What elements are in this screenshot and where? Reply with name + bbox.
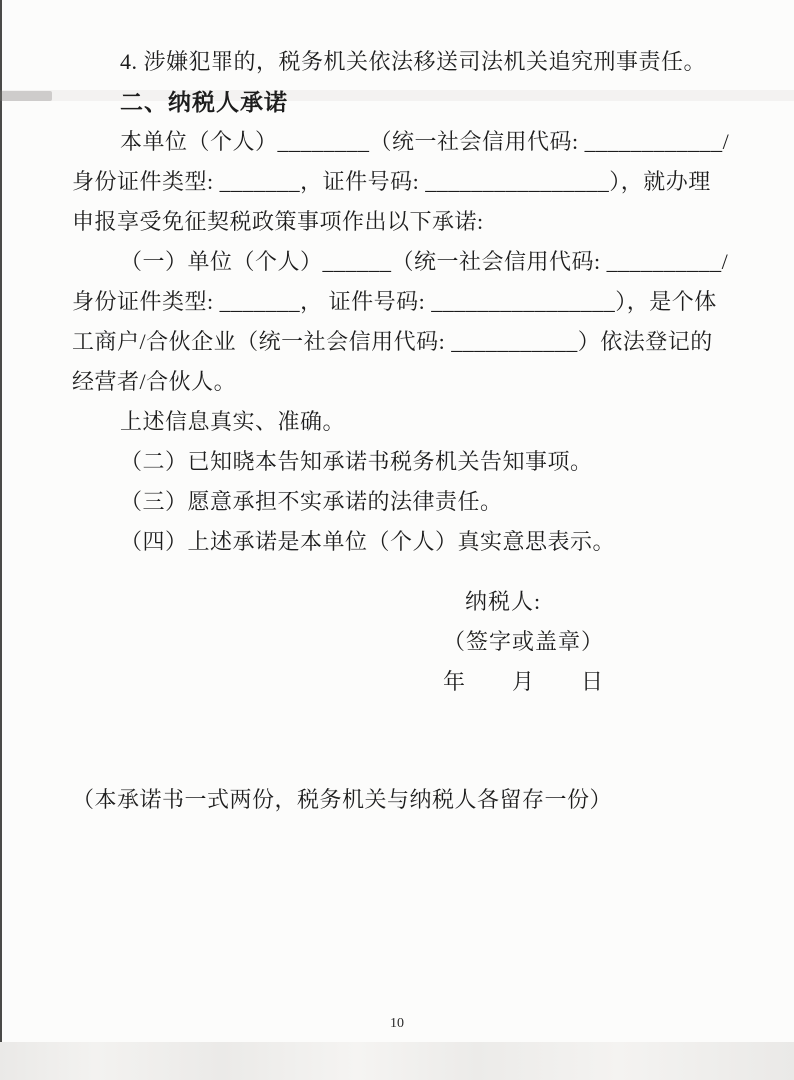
doc-line-item1-unit: （一）单位（个人）______（统一社会信用代码: __________/ <box>72 242 722 282</box>
doc-line-item2: （二）已知晓本告知承诺书税务机关告知事项。 <box>72 442 722 482</box>
signature-taxpayer-label: 纳税人: <box>443 582 604 622</box>
scan-edge-artifact <box>0 0 2 1080</box>
scan-smudge-artifact <box>0 91 52 101</box>
section-heading-taxpayer-commitment: 二、纳税人承诺 <box>72 82 722 122</box>
doc-line-declaration-purpose: 申报享受免征契税政策事项作出以下承诺: <box>72 202 722 242</box>
doc-line-unit-credit-code: 本单位（个人）________（统一社会信用代码: ____________/ <box>72 122 722 162</box>
page-number: 10 <box>0 1016 794 1032</box>
doc-line-item1-id: 身份证件类型: _______， 证件号码: ________________）… <box>72 282 722 322</box>
doc-line-item4: （四）上述承诺是本单位（个人）真实意思表示。 <box>72 522 722 562</box>
document-body: 4. 涉嫌犯罪的，税务机关依法移送司法机关追究刑事责任。 二、纳税人承诺 本单位… <box>72 42 722 562</box>
signature-block: 纳税人: （签字或盖章） 年 月 日 <box>443 582 604 702</box>
signature-seal-note: （签字或盖章） <box>443 622 604 662</box>
doc-line-id-type-number: 身份证件类型: _______，证件号码: ________________），… <box>72 162 722 202</box>
scanned-document-page: 4. 涉嫌犯罪的，税务机关依法移送司法机关追究刑事责任。 二、纳税人承诺 本单位… <box>0 0 794 1080</box>
copies-footnote: （本承诺书一式两份，税务机关与纳税人各留存一份） <box>72 780 752 820</box>
scan-bottom-edge-artifact <box>0 1042 794 1080</box>
doc-line-item1-business: 工商户/合伙企业（统一社会信用代码: ___________）依法登记的 <box>72 322 722 362</box>
doc-line-item1-operator: 经营者/合伙人。 <box>72 362 722 402</box>
signature-date-line: 年 月 日 <box>443 662 604 702</box>
doc-line-item3: （三）愿意承担不实承诺的法律责任。 <box>72 482 722 522</box>
doc-line-info-true: 上述信息真实、准确。 <box>72 402 722 442</box>
doc-line-criminal-liability: 4. 涉嫌犯罪的，税务机关依法移送司法机关追究刑事责任。 <box>72 42 722 82</box>
